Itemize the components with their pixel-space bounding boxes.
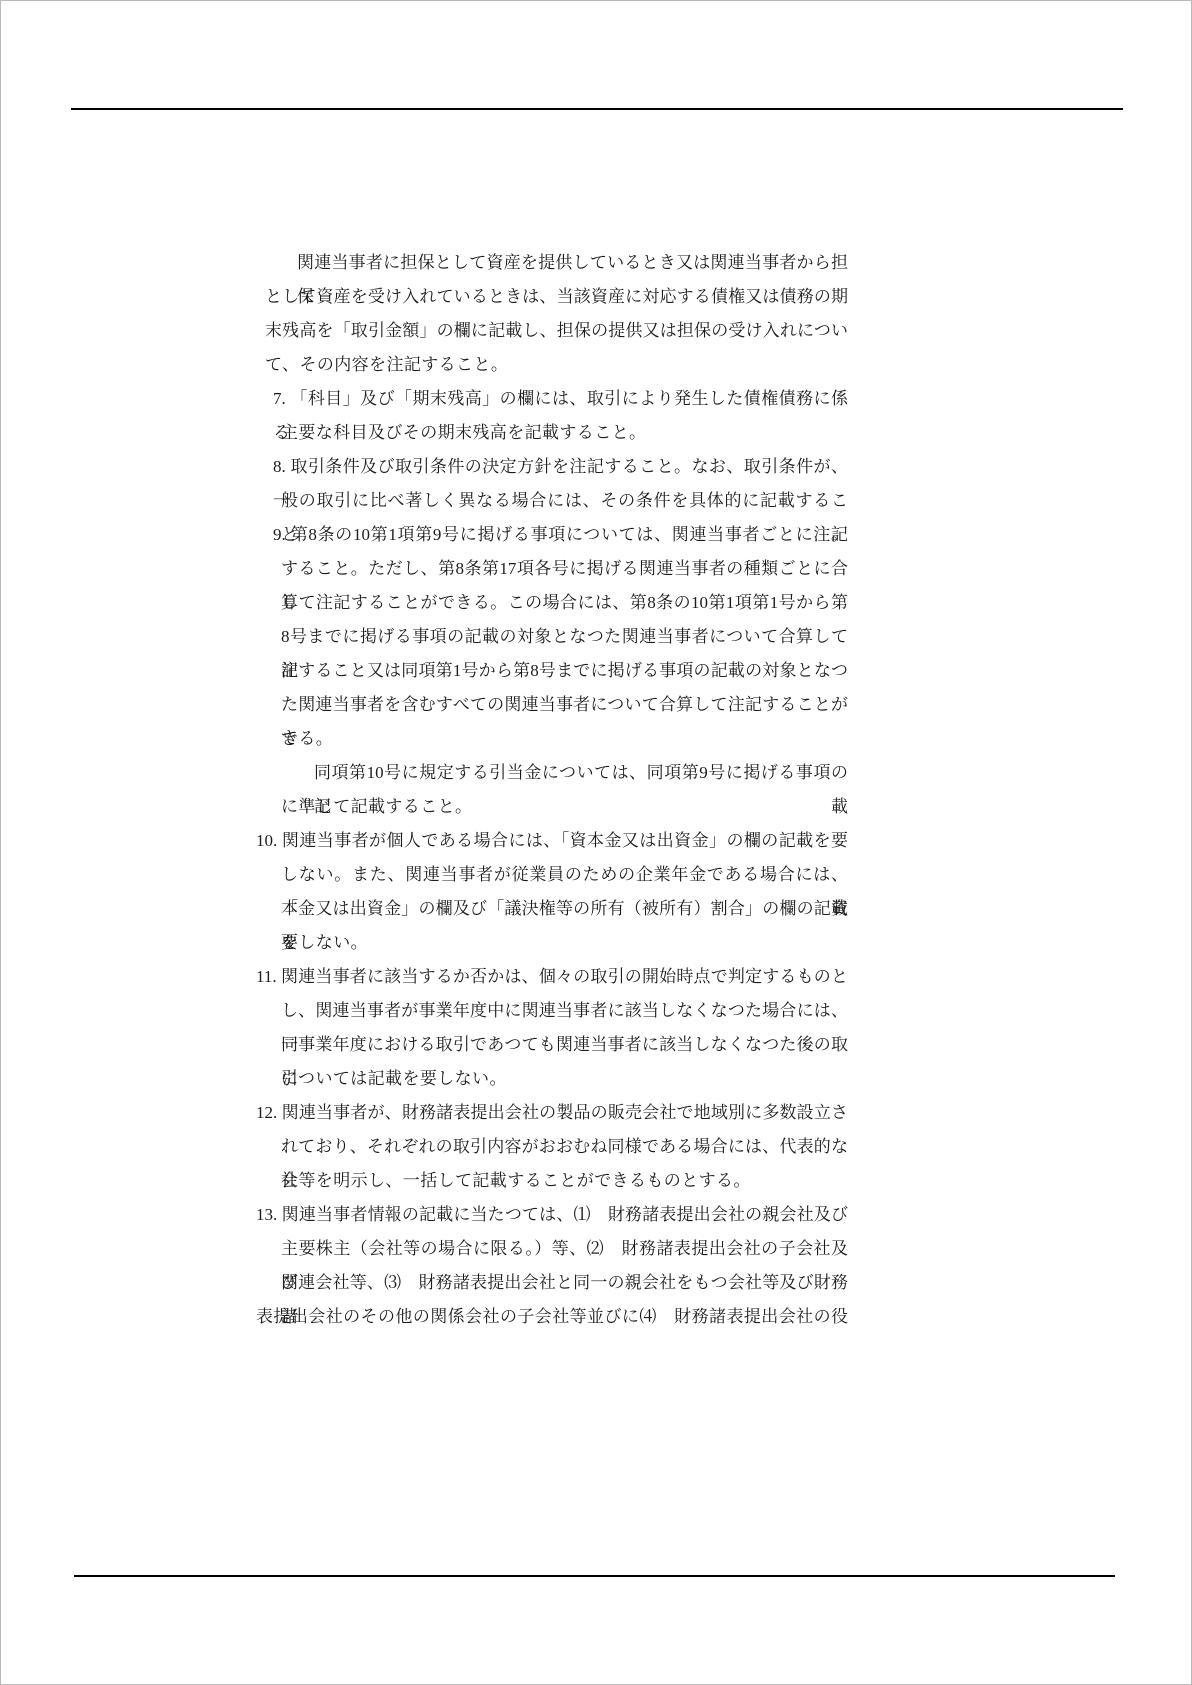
text-line: 13. 関連当事者情報の記載に当たつては、⑴ 財務諸表提出会社の親会社及び (256, 1198, 848, 1232)
text-line: 12. 関連当事者が、財務諸表提出会社の製品の販売会社で地域別に多数設立さ (256, 1096, 848, 1130)
text-line: た関連当事者を含むすべての関連当事者について合算して注記することがで (256, 688, 848, 722)
text-line: して注記することができる。この場合には、第8条の10第1項第1号から第 (256, 586, 848, 620)
text-line: し、関連当事者が事業年度中に関連当事者に該当しなくなつた場合には、同 (256, 994, 848, 1028)
text-line: すること。ただし、第8条第17項各号に掲げる関連当事者の種類ごとに合算 (256, 552, 848, 586)
text-line: 8. 取引条件及び取引条件の決定方針を注記すること。なお、取引条件が、一 (256, 450, 848, 484)
text-line: しない。また、関連当事者が従業員のための企業年金である場合には、「資 (256, 858, 848, 892)
text-line: 表提出会社のその他の関係会社の子会社等並びに⑷ 財務諸表提出会社の役 (256, 1300, 848, 1334)
text-line: 7. 「科目」及び「期末残高」の欄には、取引により発生した債権債務に係る (256, 382, 848, 416)
text-line: 末残高を「取引金額」の欄に記載し、担保の提供又は担保の受け入れについ (256, 314, 848, 348)
text-line: 本金又は出資金」の欄及び「議決権等の所有（被所有）割合」の欄の記載を (256, 892, 848, 926)
text-line: 9. 第8条の10第1項第9号に掲げる事項については、関連当事者ごとに注記 (256, 518, 848, 552)
text-line: 10. 関連当事者が個人である場合には、「資本金又は出資金」の欄の記載を要 (256, 824, 848, 858)
text-line: て、その内容を注記すること。 (256, 348, 848, 382)
text-line: として資産を受け入れているときは、当該資産に対応する債権又は債務の期 (256, 280, 848, 314)
text-line: 一事業年度における取引であつても関連当事者に該当しなくなつた後の取引 (256, 1028, 848, 1062)
text-line: 記すること又は同項第1号から第8号までに掲げる事項の記載の対象となつ (256, 654, 848, 688)
bottom-horizontal-rule (74, 1575, 1115, 1577)
text-line: 主要株主（会社等の場合に限る。）等、⑵ 財務諸表提出会社の子会社及び (256, 1232, 848, 1266)
top-horizontal-rule (71, 108, 1123, 110)
text-line: きる。 (256, 722, 848, 756)
text-line: 要しない。 (256, 926, 848, 960)
text-line: 関連会社等、⑶ 財務諸表提出会社と同一の親会社をもつ会社等及び財務諸 (256, 1266, 848, 1300)
document-page: 関連当事者に担保として資産を提供しているとき又は関連当事者から担保として資産を受… (0, 0, 1192, 1685)
text-line: 8号までに掲げる事項の記載の対象となつた関連当事者について合算して注 (256, 620, 848, 654)
text-line: 同項第10号に規定する引当金については、同項第9号に掲げる事項の記載 (256, 756, 848, 790)
text-line: 11. 関連当事者に該当するか否かは、個々の取引の開始時点で判定するものと (256, 960, 848, 994)
text-line: 主要な科目及びその期末残高を記載すること。 (256, 416, 848, 450)
document-text: 関連当事者に担保として資産を提供しているとき又は関連当事者から担保として資産を受… (256, 246, 848, 1334)
text-line: れており、それぞれの取引内容がおおむね同様である場合には、代表的な会 (256, 1130, 848, 1164)
text-line: 関連当事者に担保として資産を提供しているとき又は関連当事者から担保 (256, 246, 848, 280)
text-line: 社等を明示し、一括して記載することができるものとする。 (256, 1164, 848, 1198)
text-line: については記載を要しない。 (256, 1062, 848, 1096)
text-line: 般の取引に比べ著しく異なる場合には、その条件を具体的に記載すること。 (256, 484, 848, 518)
